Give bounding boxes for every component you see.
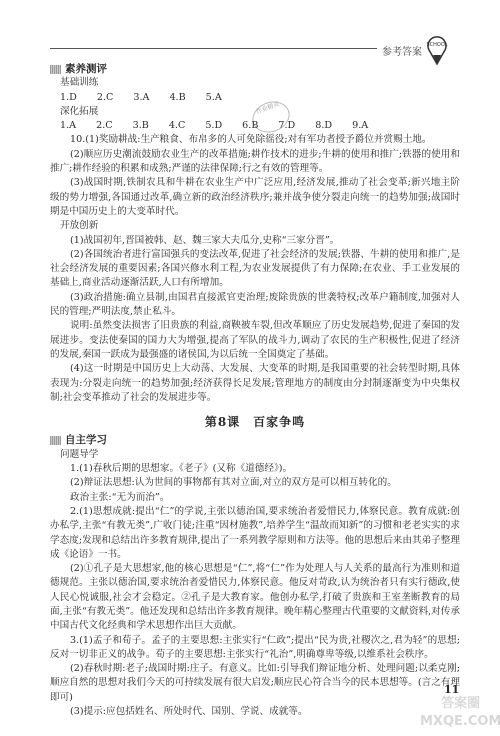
header-title: 参考答案 — [382, 43, 422, 58]
deep-extension-label: 深化拓展 — [50, 105, 460, 119]
basic-training-label: 基础训练 — [50, 76, 460, 90]
answer-paragraph: (1)战国初年,晋国被韩、赵、魏三家大夫瓜分,史称“三家分晋”。 — [50, 234, 460, 248]
answer-paragraph: (3)政治措施:确立县制,由国君直接派官吏治理;废除贵族的世袭特权;改革户籍制度… — [50, 291, 460, 320]
basic-answers: 1.D 2.C 3.A 4.B 5.A — [50, 91, 460, 105]
answer-paragraph: 政治主张:“无为而治”。 — [50, 491, 460, 505]
answer-paragraph: 10.(1)奖励耕战:生产粮食、布帛多的人可免除徭役;对有军功者授予爵位并赏赐土… — [50, 133, 460, 147]
page-content: 素养测评 基础训练 1.D 2.C 3.A 4.B 5.A 深化拓展 1.A 2… — [50, 60, 460, 719]
header-rule — [50, 48, 377, 49]
section-heading-assessment: 素养测评 — [50, 62, 460, 76]
svg-text:SCHOOL: SCHOOL — [426, 42, 447, 48]
answer-paragraph: (3)提示:应包括姓名、所处时代、国别、学说、成就等。 — [50, 705, 460, 719]
section-marker-icon — [50, 436, 61, 445]
answer-paragraph: (3)战国时期,铁制农具和牛耕在农业生产中广泛应用,经济发展,推动了社会变革;新… — [50, 176, 460, 219]
answer-paragraph: (2)①孔子是大思想家,他的核心思想是“仁”,将“仁”作为处理人与人关系的最高行… — [50, 562, 460, 633]
answer-paragraph: (2)辩证法思想:认为世间的事物都有其对立面,对立的双方是可以相互转化的。 — [50, 476, 460, 490]
deep-answers: 1.A 2.C 3.B 4.C 5.D 6.B 7.D 8.D 9.A — [50, 119, 460, 133]
answer-paragraph: 1.(1)春秋后期的思想家。《老子》(又称《道德经》)。 — [50, 462, 460, 476]
answer-paragraph: 2.(1)思想成就:提出“仁”的学说,主张以德治国,要求统治者爱惜民力,体察民意… — [50, 505, 460, 562]
answer-paragraph: 说明:虽然变法损害了旧贵族的利益,商鞅被车裂,但改革顺应了历史发展趋势,促进了秦… — [50, 319, 460, 362]
lesson-title: 第8课 百家争鸣 — [50, 415, 460, 429]
section-heading-self-study: 自主学习 — [50, 433, 460, 447]
answer-paragraph: (2)各国统治者进行富国强兵的变法改革,促进了社会经济的发展;铁器、牛耕的使用和… — [50, 248, 460, 291]
section-marker-icon — [50, 65, 61, 74]
answer-paragraph: (4)这一时期是中国历史上大动荡、大发展、大变革的时期,是我国重要的社会转型时期… — [50, 362, 460, 405]
watermark: 答案圈 MXQE.COM — [420, 695, 500, 731]
guided-questions-label: 问题导学 — [50, 448, 460, 462]
answer-paragraph: (2)顺应历史潮流鼓励农业生产的改革措施;耕作技术的进步;牛耕的使用和推广;铁器… — [50, 148, 460, 177]
answer-paragraph: (2)春秋时期:老子;战国时期:庄子。有意义。比如:引导我们辩证地分析、处理问题… — [50, 662, 460, 705]
open-innovation-label: 开放创新 — [50, 219, 460, 233]
answer-paragraph: 3.(1)孟子和荀子。孟子的主要思想:主张实行“仁政”;提出“民为贵,社稷次之,… — [50, 634, 460, 663]
